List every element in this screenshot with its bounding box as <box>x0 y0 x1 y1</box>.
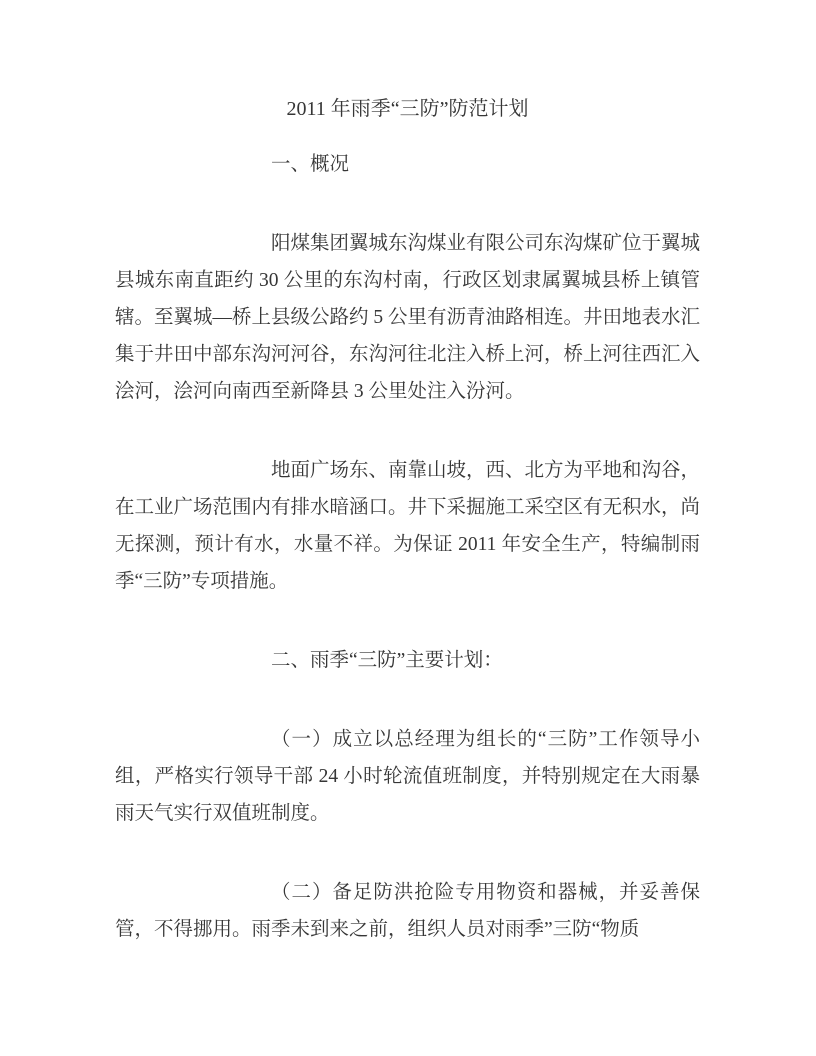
section-heading-overview: 一、概况 <box>115 146 700 183</box>
document-title: 2011 年雨季“三防”防范计划 <box>115 94 700 124</box>
paragraph-item-one-leadership: （一）成立以总经理为组长的“三防”工作领导小组，严格实行领导干部 24 小时轮流… <box>115 721 700 832</box>
paragraph-surface-conditions: 地面广场东、南靠山坡，西、北方为平地和沟谷，在工业广场范围内有排水暗涵口。井下采… <box>115 452 700 600</box>
paragraph-item-two-supplies: （二）备足防洪抢险专用物资和器械，并妥善保管，不得挪用。雨季未到来之前，组织人员… <box>115 874 700 948</box>
section-heading-main-plan: 二、雨季“三防”主要计划： <box>115 642 700 679</box>
paragraph-mine-location: 阳煤集团翼城东沟煤业有限公司东沟煤矿位于翼城县城东南直距约 30 公里的东沟村南… <box>115 225 700 410</box>
document-page: 2011 年雨季“三防”防范计划 一、概况 阳煤集团翼城东沟煤业有限公司东沟煤矿… <box>0 0 816 1056</box>
